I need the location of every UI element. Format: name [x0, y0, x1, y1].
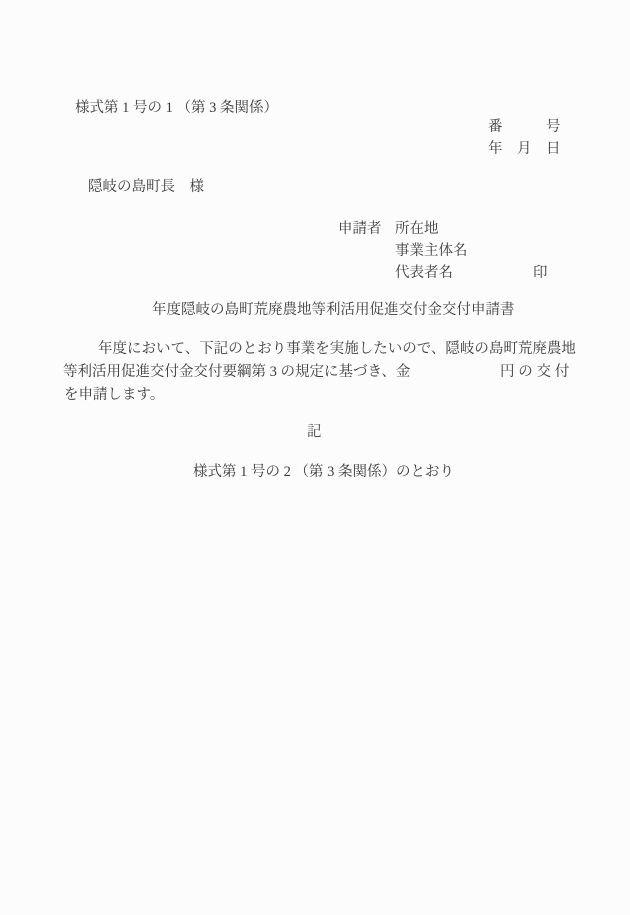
- body-line-1: 年度において、下記のとおり事業を実施したいので、隠岐の島町荒廃農地: [98, 341, 576, 358]
- applicant-address-label: 所在地: [395, 221, 439, 238]
- document-page: 様式第 1 号の 1 （第 3 条関係） 番 号 年 月 日 隠岐の島町長 様 …: [0, 0, 630, 915]
- date-label: 年 月 日: [488, 141, 561, 158]
- document-title: 年度隠岐の島町荒廃農地等利活用促進交付金交付申請書: [152, 302, 515, 319]
- document-number-label: 番 号: [488, 119, 561, 136]
- seal-mark-label: 印: [533, 265, 548, 282]
- attachment-note: 様式第 1 号の 2 （第 3 条関係）のとおり: [193, 464, 454, 481]
- applicant-entity-name-label: 事業主体名: [395, 243, 468, 260]
- addressee-line: 隠岐の島町長 様: [88, 179, 204, 196]
- applicant-group-label: 申請者: [338, 221, 382, 238]
- record-marker: 記: [307, 424, 322, 441]
- applicant-representative-label: 代表者名: [395, 265, 453, 282]
- body-line-2-right: 円の交付: [500, 364, 573, 381]
- body-line-2-left: 等利活用促進交付金交付要綱第 3 の規定に基づき、金: [63, 364, 410, 381]
- form-number-line: 様式第 1 号の 1 （第 3 条関係）: [75, 100, 278, 117]
- body-line-3: を申請します。: [64, 387, 164, 404]
